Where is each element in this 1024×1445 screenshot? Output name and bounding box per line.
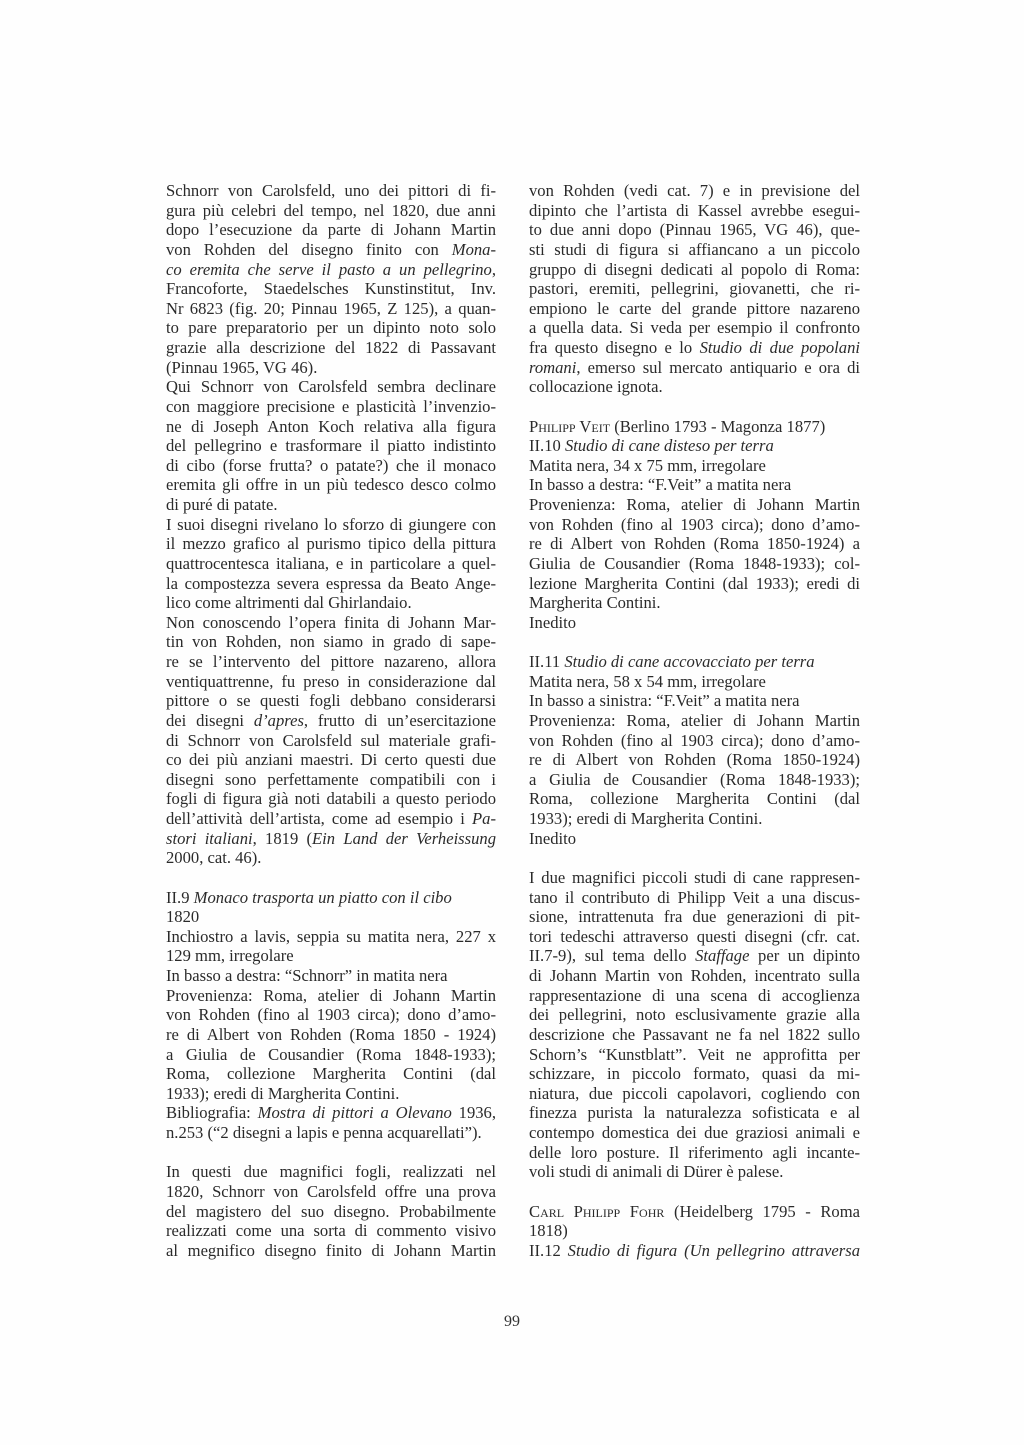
entry-title: Studio di cane accovacciato per terra <box>564 652 814 671</box>
entry-number: II.10 <box>529 436 565 455</box>
text-run: dell’attività dell’artista, come ad esem… <box>166 809 472 828</box>
paragraph-schnorr-intro: Schnorr von Carolsfeld, uno dei pittori … <box>166 181 496 377</box>
entry-medium: Matita nera, 58 x 54 mm, irregolare <box>529 672 860 692</box>
text-line: co dei più anziani maestri. Di certo que… <box>166 750 496 770</box>
text-line: tin von Rohden, non siamo in grado di sa… <box>166 632 496 652</box>
entry-status: Inedito <box>529 829 860 849</box>
text-line: realizzati come una sorta di commento vi… <box>166 1221 496 1241</box>
text-run: , 1819 ( <box>253 829 312 848</box>
entry-medium: 129 mm, irregolare <box>166 946 496 966</box>
text-line: di Johann Martin von Rohden, incentrato … <box>529 966 860 986</box>
entry-number: II.12 <box>529 1241 568 1260</box>
text-line: eremita gli offre in un più tedesco desc… <box>166 475 496 495</box>
text-run: dei disegni <box>166 711 254 730</box>
text-line: quattrocentesca italiana, e in particola… <box>166 554 496 574</box>
text-line: collocazione ignota. <box>529 377 860 397</box>
artwork-title: Pa- <box>472 809 496 828</box>
text-run: , <box>492 260 496 279</box>
spacer <box>529 848 860 868</box>
text-line: Nr 6823 (fig. 20; Pinnau 1965, Z 125), a… <box>166 299 496 319</box>
entry-provenance: Roma, collezione Margherita Contini (dal <box>166 1064 496 1084</box>
text-line: la compostezza severa espressa da Beato … <box>166 574 496 594</box>
text-line: In questi due magnifici fogli, realizzat… <box>166 1162 496 1182</box>
text-line: dopo l’esecuzione da parte di Johann Mar… <box>166 220 496 240</box>
text-line: di puré di patate. <box>166 495 496 515</box>
text-line: (Pinnau 1965, VG 46). <box>166 358 496 378</box>
entry-heading: II.9 Monaco trasporta un piatto con il c… <box>166 888 496 908</box>
text-run: II.7-9), sul tema dello <box>529 946 695 965</box>
text-line: pastori, eremiti, pellegrini, giovanetti… <box>529 279 860 299</box>
text-line: fra questo disegno e lo Studio di due po… <box>529 338 860 358</box>
text-line: Non conoscendo l’opera finita di Johann … <box>166 613 496 633</box>
left-column: Schnorr von Carolsfeld, uno dei pittori … <box>166 181 496 1260</box>
text-line: dipinto che l’artista di Kassel avrebbe … <box>529 201 860 221</box>
entry-bibliography: Bibliografia: Mostra di pittori a Olevan… <box>166 1103 496 1123</box>
catalog-entry-ii12: II.12 Studio di figura (Un pellegrino at… <box>529 1241 860 1261</box>
entry-provenance: lezione Margherita Contini (dal 1933); e… <box>529 574 860 594</box>
entry-provenance: Provenienza: Roma, atelier di Johann Mar… <box>529 711 860 731</box>
text-line: voli studi di animali di Dürer è palese. <box>529 1162 860 1182</box>
text-line: ventiquattrenne, fu preso in considerazi… <box>166 672 496 692</box>
text-line: sione, intrattenuta fra due generazioni … <box>529 907 860 927</box>
text-line: con maggiore precisione e plasticità l’i… <box>166 397 496 417</box>
artwork-title: Mona- <box>452 240 496 259</box>
text-line: disegni sono perfettamente compatibili c… <box>166 770 496 790</box>
artist-heading-fohr: Carl Philipp Fohr (Heidelberg 1795 - Rom… <box>529 1202 860 1241</box>
entry-inscription: In basso a sinistra: “F.Veit” a matita n… <box>529 691 860 711</box>
text-line: grazie alla descrizione del 1822 di Pass… <box>166 338 496 358</box>
catalog-entry-ii11: II.11 Studio di cane accovacciato per te… <box>529 652 860 848</box>
italic-term: Staffage <box>695 946 749 965</box>
text-line: finezza purista la naturalezza sofistica… <box>529 1103 860 1123</box>
text-line: schizzare, in piccolo formato, quasi da … <box>529 1064 860 1084</box>
text-line: tori tedeschi attraverso questi disegni … <box>529 927 860 947</box>
publication-title: Mostra di pittori a Olevano <box>258 1103 452 1122</box>
text-line: dei disegni d’apres, frutto di un’eserci… <box>166 711 496 731</box>
entry-status: Inedito <box>529 613 860 633</box>
entry-date: 1820 <box>166 907 496 927</box>
entry-number: II.9 <box>166 888 194 907</box>
artist-line: Carl Philipp Fohr (Heidelberg 1795 - Rom… <box>529 1202 860 1222</box>
text-line: del pellegrino e trasformare il piatto i… <box>166 436 496 456</box>
text-line: descrizione che Passavant ne fa nel 1822… <box>529 1025 860 1045</box>
text-run: , frutto di un’esercitazione <box>304 711 496 730</box>
text-line: del magistero del suo disegno. Probabilm… <box>166 1202 496 1222</box>
entry-title: Studio di cane disteso per terra <box>565 436 774 455</box>
text-line: co eremita che serve il pasto a un pelle… <box>166 260 496 280</box>
spacer <box>529 1182 860 1202</box>
text-run: Bibliografia: <box>166 1103 258 1122</box>
spacer <box>529 397 860 417</box>
text-run: 1936, <box>452 1103 496 1122</box>
artist-name: Philipp Veit <box>529 417 610 436</box>
catalog-entry-ii10: II.10 Studio di cane disteso per terra M… <box>529 436 860 632</box>
text-line: to pare preparatorio per un dipinto noto… <box>166 318 496 338</box>
text-line: 1820, Schnorr von Carolsfeld offre una p… <box>166 1182 496 1202</box>
entry-title: Studio di figura ( <box>568 1241 690 1260</box>
entry-provenance: re di Albert von Rohden (Roma 1850-1924) <box>529 750 860 770</box>
artist-heading-veit: Philipp Veit (Berlino 1793 - Magonza 187… <box>529 417 860 437</box>
text-line: di cibo (forse frutta? o patate?) che il… <box>166 456 496 476</box>
artist-line: 1818) <box>529 1221 860 1241</box>
publication-title: Ein Land der Verheissung <box>312 829 496 848</box>
text-run: , emerso sul mercato antiquario e ora di <box>576 358 860 377</box>
entry-medium: Matita nera, 34 x 75 mm, irregolare <box>529 456 860 476</box>
entry-provenance: von Rohden (fino al 1903 circa); dono d’… <box>529 515 860 535</box>
text-line: al megnifico disegno finito di Johann Ma… <box>166 1241 496 1261</box>
paragraph-purism: I suoi disegni rivelano lo sforzo di giu… <box>166 515 496 613</box>
text-line: niatura, due piccoli capolavori, coglien… <box>529 1084 860 1104</box>
text-line: to due anni dopo (Pinnau 1965, VG 46), q… <box>529 220 860 240</box>
entry-provenance: Margherita Contini. <box>529 593 860 613</box>
artist-dates: (Heidelberg 1795 - Roma <box>664 1202 860 1221</box>
entry-provenance: Giulia de Cousandier (Roma 1848-1933); c… <box>529 554 860 574</box>
text-line: contempo domestica dei due graziosi anim… <box>529 1123 860 1143</box>
text-line: di Schnorr von Carolsfeld sul materiale … <box>166 731 496 751</box>
text-line: Schnorr von Carolsfeld, uno dei pittori … <box>166 181 496 201</box>
entry-provenance: re di Albert von Rohden (Roma 1850 - 192… <box>166 1025 496 1045</box>
text-line: il mezzo grafico al purismo tipico della… <box>166 534 496 554</box>
entry-heading: II.10 Studio di cane disteso per terra <box>529 436 860 456</box>
catalog-entry-ii9: II.9 Monaco trasporta un piatto con il c… <box>166 888 496 1143</box>
text-line: tano il contributo di Philipp Veit a una… <box>529 888 860 908</box>
spacer <box>166 868 496 888</box>
document-page: Schnorr von Carolsfeld, uno dei pittori … <box>0 0 1024 1445</box>
entry-inscription: In basso a destra: “Schnorr” in matita n… <box>166 966 496 986</box>
text-line: gura più celebri del tempo, nel 1820, du… <box>166 201 496 221</box>
entry-provenance: von Rohden (fino al 1903 circa); dono d’… <box>166 1005 496 1025</box>
entry-provenance: von Rohden (fino al 1903 circa); dono d’… <box>529 731 860 751</box>
spacer <box>529 632 860 652</box>
entry-provenance: 1933); eredi di Margherita Contini. <box>529 809 860 829</box>
right-column: von Rohden (vedi cat. 7) e in previsione… <box>529 181 860 1260</box>
text-run: fra questo disegno e lo <box>529 338 700 357</box>
page-number: 99 <box>0 1313 1024 1331</box>
entry-title: Monaco trasporta un piatto con il cibo <box>194 888 452 907</box>
text-line: 2000, cat. 46). <box>166 848 496 868</box>
artist-name: Carl Philipp Fohr <box>529 1202 664 1221</box>
artwork-title: Studio di due popolani <box>700 338 860 357</box>
paragraph-rohden-continuation: von Rohden (vedi cat. 7) e in previsione… <box>529 181 860 397</box>
paragraph-rohden-work: Non conoscendo l’opera finita di Johann … <box>166 613 496 868</box>
text-line: ne di Joseph Anton Koch relativa alla fi… <box>166 417 496 437</box>
text-line: lico come altrimenti dal Ghirlandaio. <box>166 593 496 613</box>
entry-provenance: Provenienza: Roma, atelier di Johann Mar… <box>529 495 860 515</box>
text-line: rappresentazione di una scena di accogli… <box>529 986 860 1006</box>
entry-provenance: a Giulia de Cousandier (Roma 1848-1933); <box>529 770 860 790</box>
text-line: Francoforte, Staedelsches Kunstinstitut,… <box>166 279 496 299</box>
entry-provenance: Roma, collezione Margherita Contini (dal <box>529 789 860 809</box>
text-line: von Rohden del disegno finito con Mona- <box>166 240 496 260</box>
text-line: delle loro posture. Il riferimento agli … <box>529 1143 860 1163</box>
text-run: per un dipinto <box>749 946 860 965</box>
entry-provenance: 1933); eredi di Margherita Contini. <box>166 1084 496 1104</box>
text-line: sti studi di figura si affiancano a un p… <box>529 240 860 260</box>
text-line: stori italiani, 1819 (Ein Land der Verhe… <box>166 829 496 849</box>
paragraph-magnifici-fogli: In questi due magnifici fogli, realizzat… <box>166 1162 496 1260</box>
artwork-title: romani <box>529 358 576 377</box>
text-line: dell’attività dell’artista, come ad esem… <box>166 809 496 829</box>
text-line: II.7-9), sul tema dello Staffage per un … <box>529 946 860 966</box>
text-line: dei pellegrini, noto esclusivamente graz… <box>529 1005 860 1025</box>
paragraph-koch-invention: Qui Schnorr von Carolsfeld sembra declin… <box>166 377 496 514</box>
entry-inscription: In basso a destra: “F.Veit” a matita ner… <box>529 475 860 495</box>
entry-number: II.11 <box>529 652 564 671</box>
text-line: a quella data. Si veda per esempio il co… <box>529 318 860 338</box>
text-line: gruppo di disegni dedicati al popolo di … <box>529 260 860 280</box>
text-line: pittore o se questi fogli debbano consid… <box>166 691 496 711</box>
entry-bibliography: n.253 (“2 disegni a lapis e penna acquar… <box>166 1123 496 1143</box>
entry-provenance: a Giulia de Cousandier (Roma 1848-1933); <box>166 1045 496 1065</box>
artwork-title: stori italiani <box>166 829 253 848</box>
entry-heading: II.11 Studio di cane accovacciato per te… <box>529 652 860 672</box>
text-line: fogli di figura già noti databili a ques… <box>166 789 496 809</box>
text-line: I due magnifici piccoli studi di cane ra… <box>529 868 860 888</box>
text-line: Schorn’s “Kunstblatt”. Veit ne approfitt… <box>529 1045 860 1065</box>
artist-line: Philipp Veit (Berlino 1793 - Magonza 187… <box>529 417 860 437</box>
text-line: empiono le carte del grande pittore naza… <box>529 299 860 319</box>
artist-dates: (Berlino 1793 - Magonza 1877) <box>610 417 825 436</box>
entry-provenance: re di Albert von Rohden (Roma 1850-1924)… <box>529 534 860 554</box>
spacer <box>166 1143 496 1163</box>
text-line: romani, emerso sul mercato antiquario e … <box>529 358 860 378</box>
text-line: I suoi disegni rivelano lo sforzo di giu… <box>166 515 496 535</box>
text-line: von Rohden (vedi cat. 7) e in previsione… <box>529 181 860 201</box>
italic-term: d’apres <box>254 711 304 730</box>
entry-provenance: Provenienza: Roma, atelier di Johann Mar… <box>166 986 496 1006</box>
entry-heading: II.12 Studio di figura (Un pellegrino at… <box>529 1241 860 1261</box>
text-line: re se l’intervento del pittore nazareno,… <box>166 652 496 672</box>
text-line: Qui Schnorr von Carolsfeld sembra declin… <box>166 377 496 397</box>
paragraph-veit-dogs: I due magnifici piccoli studi di cane ra… <box>529 868 860 1182</box>
entry-medium: Inchiostro a lavis, seppia su matita ner… <box>166 927 496 947</box>
entry-title-continued: Un pellegrino attraversa <box>690 1241 860 1260</box>
text-run: von Rohden del disegno finito con <box>166 240 452 259</box>
artwork-title: co eremita che serve il pasto a un pelle… <box>166 260 492 279</box>
